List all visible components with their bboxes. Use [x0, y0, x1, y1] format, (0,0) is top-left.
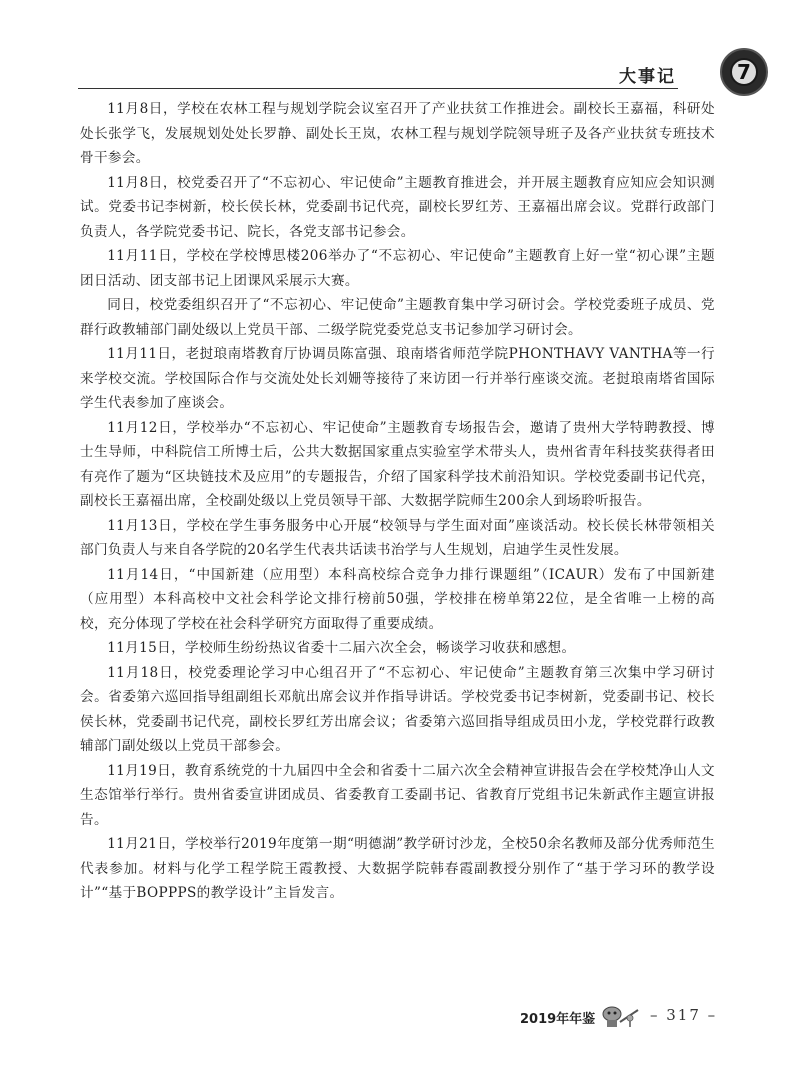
paragraph: 11月11日，学校在学校博思楼206举办了“不忘初心、牢记使命”主题教育上好一堂…	[80, 244, 715, 293]
page-number: – 317 –	[650, 1006, 717, 1024]
page-footer: 2019年年鉴 – 317 –	[520, 1004, 760, 1030]
chronicle-body: 11月8日，学校在农林工程与规划学院会议室召开了产业扶贫工作推进会。副校长王嘉福…	[80, 97, 715, 906]
paragraph: 11月12日，学校举办“不忘初心、牢记使命”主题教育专场报告会，邀请了贵州大学特…	[80, 416, 715, 514]
paragraph: 11月11日，老挝琅南塔教育厅协调员陈富强、琅南塔省师范学院PHONTHAVY …	[80, 342, 715, 416]
section-title: 大事记	[619, 62, 676, 87]
paragraph: 11月8日，学校在农林工程与规划学院会议室召开了产业扶贫工作推进会。副校长王嘉福…	[80, 97, 715, 171]
paragraph: 11月13日，学校在学生事务服务中心开展“校领导与学生面对面”座谈活动。校长侯长…	[80, 514, 715, 563]
paragraph: 11月8日，校党委召开了“不忘初心、牢记使命”主题教育推进会，并开展主题教育应知…	[80, 171, 715, 245]
page-header: 大事记 7	[78, 48, 768, 98]
logo-glyph: 7	[730, 58, 758, 86]
paragraph: 同日，校党委组织召开了“不忘初心、牢记使命”主题教育集中学习研讨会。学校党委班子…	[80, 293, 715, 342]
yearbook-label: 2019年年鉴	[520, 1008, 595, 1027]
paragraph: 11月21日，学校举行2019年度第一期“明德湖”教学研讨沙龙，全校50余名教师…	[80, 832, 715, 906]
paragraph: 11月14日，“中国新建（应用型）本科高校综合竞争力排行课题组”（ICAUR）发…	[80, 563, 715, 637]
university-seal-icon: 7	[720, 48, 768, 96]
paragraph: 11月15日，学校师生纷纷热议省委十二届六次全会，畅谈学习收获和感想。	[80, 636, 715, 661]
paragraph: 11月18日，校党委理论学习中心组召开了“不忘初心、牢记使命”主题教育第三次集中…	[80, 661, 715, 759]
header-rule	[78, 88, 678, 89]
mascot-icon	[600, 1004, 642, 1028]
paragraph: 11月19日，教育系统党的十九届四中全会和省委十二届六次全会精神宣讲报告会在学校…	[80, 759, 715, 833]
